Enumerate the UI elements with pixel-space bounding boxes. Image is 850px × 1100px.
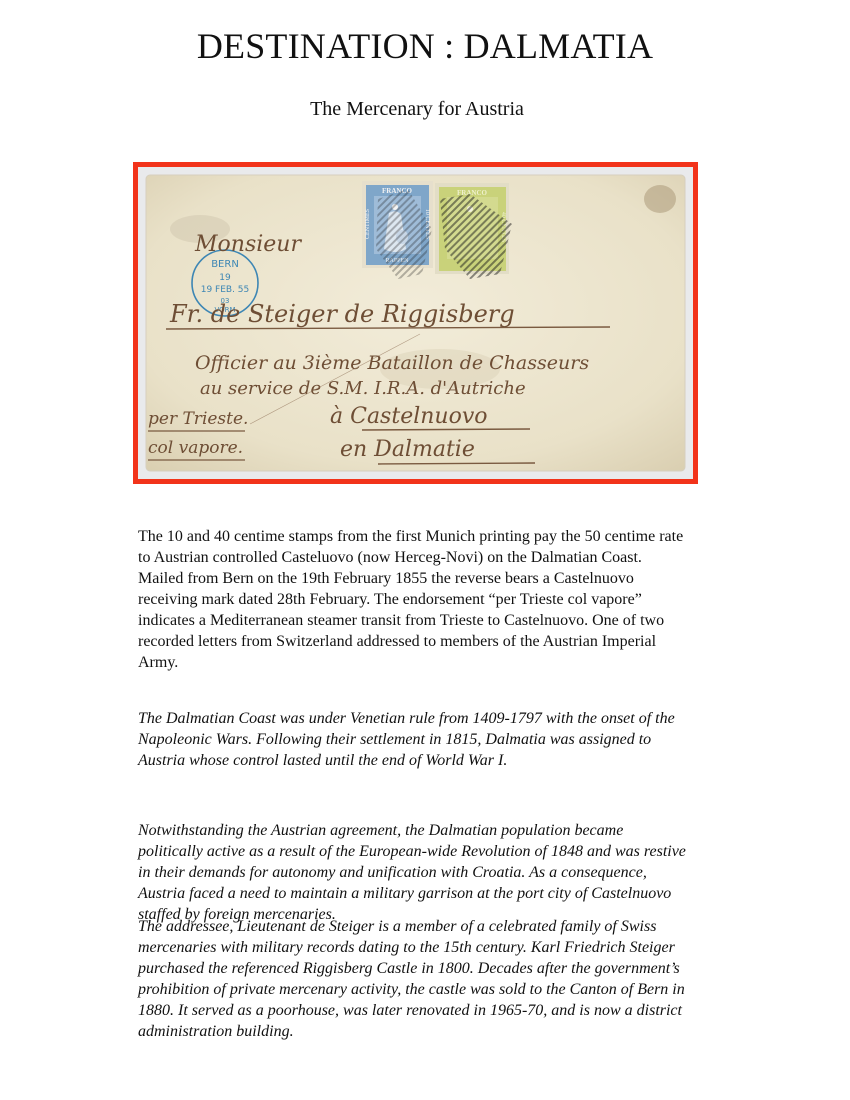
text-line: mercenaries with military records dating… [138,937,738,958]
text-line: Mailed from Bern on the 19th February 18… [138,568,738,589]
svg-text:col vapore.: col vapore. [148,438,243,458]
text-line: receiving mark dated 28th February. The … [138,589,738,610]
cover-image-frame: FRANCO RAPPEN 10 CENTES CENTIMES FRANCO … [133,162,698,484]
cover-envelope-image: FRANCO RAPPEN 10 CENTES CENTIMES FRANCO … [140,169,691,477]
svg-text:à Castelnuovo: à Castelnuovo [330,404,488,429]
page-title: DESTINATION : DALMATIA [0,26,850,66]
text-line: prohibition of private mercenary activit… [138,979,738,1000]
svg-text:CENTIMES: CENTIMES [365,209,371,239]
svg-text:Officier au 3ième Bataillon de: Officier au 3ième Bataillon de Chasseurs [195,352,589,374]
history-paragraph-revolution: Notwithstanding the Austrian agreement, … [138,820,738,925]
stain [644,185,676,213]
text-line: 1880. It served as a poorhouse, was late… [138,1000,738,1021]
svg-text:en Dalmatie: en Dalmatie [340,437,475,462]
page-subtitle: The Mercenary for Austria [0,97,834,121]
text-line: to Austrian controlled Casteluovo (now H… [138,547,738,568]
description-paragraph: The 10 and 40 centime stamps from the fi… [138,526,738,673]
svg-text:19: 19 [219,273,231,283]
text-line: Austria whose control lasted until the e… [138,750,738,771]
svg-text:19 FEB. 55: 19 FEB. 55 [201,285,250,295]
text-line: in their demands for autonomy and unific… [138,862,738,883]
text-line: politically active as a result of the Eu… [138,841,738,862]
text-line: The Dalmatian Coast was under Venetian r… [138,708,738,729]
history-paragraph-venetian: The Dalmatian Coast was under Venetian r… [138,708,738,771]
text-line: The addressee, Lieutenant de Steiger is … [138,916,738,937]
svg-text:BERN: BERN [211,259,239,270]
text-line: Notwithstanding the Austrian agreement, … [138,820,738,841]
history-paragraph-addressee: The addressee, Lieutenant de Steiger is … [138,916,738,1042]
text-line: purchased the referenced Riggisberg Cast… [138,958,738,979]
text-line: indicates a Mediterranean steamer transi… [138,610,738,631]
text-line: administration building. [138,1021,738,1042]
svg-text:au service de S.M. I.R.A. d'Au: au service de S.M. I.R.A. d'Autriche [200,378,526,399]
svg-text:Monsieur: Monsieur [194,232,302,257]
text-line: The 10 and 40 centime stamps from the fi… [138,526,738,547]
svg-text:Fr. de Steiger de Riggisberg: Fr. de Steiger de Riggisberg [169,300,515,328]
text-line: Austria faced a need to maintain a milit… [138,883,738,904]
text-line: recorded letters from Switzerland addres… [138,631,738,652]
text-line: Army. [138,652,738,673]
text-line: Napoleonic Wars. Following their settlem… [138,729,738,750]
svg-text:per Trieste.: per Trieste. [148,409,248,429]
